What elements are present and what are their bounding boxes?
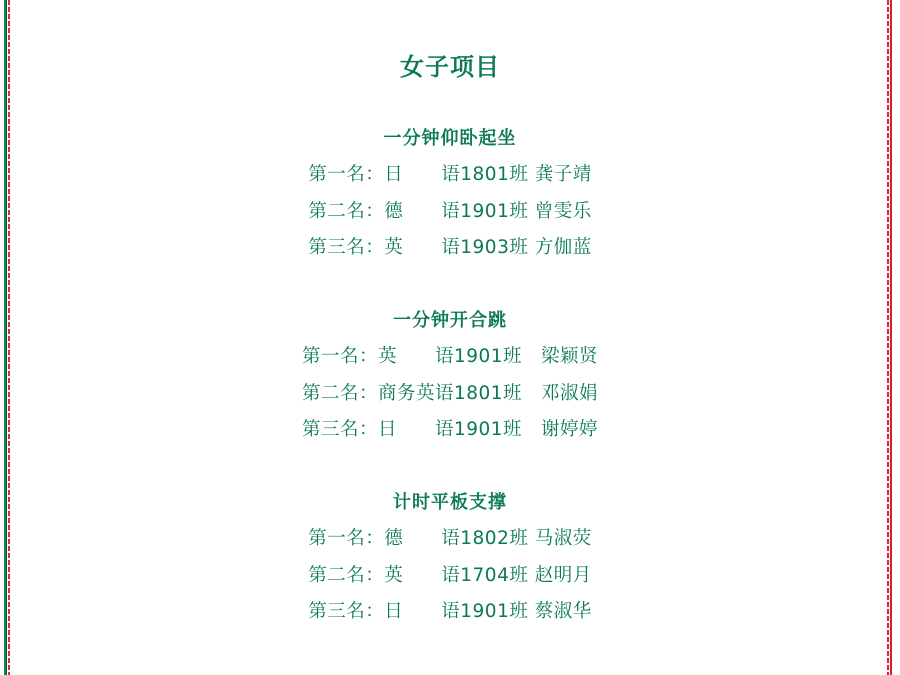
winner-row-2: 第二名：英 语1704班 赵明月 (0, 558, 900, 595)
winner-row-3: 第三名：日 语1901班 蔡淑华 (0, 594, 900, 631)
winner-row-2: 第二名：德 语1901班 曾雯乐 (0, 194, 900, 231)
section-heading: 一分钟仰卧起坐 (0, 121, 900, 157)
section-heading: 计时平板支撑 (0, 485, 900, 521)
section-plank: 计时平板支撑 第一名：德 语1802班 马淑荧 第二名：英 语1704班 赵明月… (0, 485, 900, 631)
page-title: 女子项目 (0, 47, 900, 82)
section-jumping-jacks: 一分钟开合跳 第一名：英 语1901班 梁颖贤 第二名：商务英语1801班 邓淑… (0, 303, 900, 449)
winner-row-1: 第一名：英 语1901班 梁颖贤 (0, 339, 900, 376)
winner-row-1: 第一名：日 语1801班 龚子靖 (0, 157, 900, 194)
winner-row-3: 第三名：日 语1901班 谢婷婷 (0, 412, 900, 449)
winner-row-2: 第二名：商务英语1801班 邓淑娟 (0, 376, 900, 413)
section-heading: 一分钟开合跳 (0, 303, 900, 339)
winner-row-1: 第一名：德 语1802班 马淑荧 (0, 521, 900, 558)
winner-row-3: 第三名：英 语1903班 方伽蓝 (0, 230, 900, 267)
section-sit-ups: 一分钟仰卧起坐 第一名：日 语1801班 龚子靖 第二名：德 语1901班 曾雯… (0, 121, 900, 267)
